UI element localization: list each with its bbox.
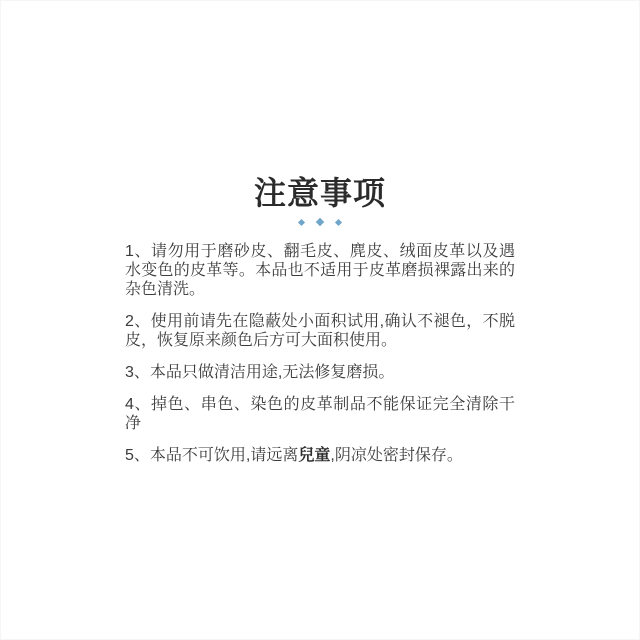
diamond-dot [316,218,324,226]
diamond-dot [335,218,342,225]
note-item-4: 4、掉色、串色、染色的皮革制品不能保证完全清除干净 [125,395,515,433]
note-item-2: 2、使用前请先在隐蔽处小面积试用,确认不褪色，不脱皮，恢复原来颜色后方可大面积使… [125,312,515,350]
notes-list: 1、请勿用于磨砂皮、翻毛皮、麂皮、绒面皮革以及遇水变色的皮革等。本品也不适用于皮… [125,242,515,465]
note-item-5-keyword: 兒童 [298,447,330,464]
note-item-5-pre: 5、本品不可饮用,请远离 [125,447,298,464]
note-item-3: 3、本品只做清洁用途,无法修复磨损。 [125,363,515,382]
note-item-5: 5、本品不可饮用,请远离兒童,阴凉处密封保存。 [125,446,515,465]
title-decoration-dots [1,219,639,225]
note-item-1: 1、请勿用于磨砂皮、翻毛皮、麂皮、绒面皮革以及遇水变色的皮革等。本品也不适用于皮… [125,242,515,299]
precautions-page: 注意事项 1、请勿用于磨砂皮、翻毛皮、麂皮、绒面皮革以及遇水变色的皮革等。本品也… [0,0,640,640]
page-title: 注意事项 [1,175,639,211]
diamond-dot [298,218,305,225]
note-item-5-post: ,阴凉处密封保存。 [330,447,462,464]
